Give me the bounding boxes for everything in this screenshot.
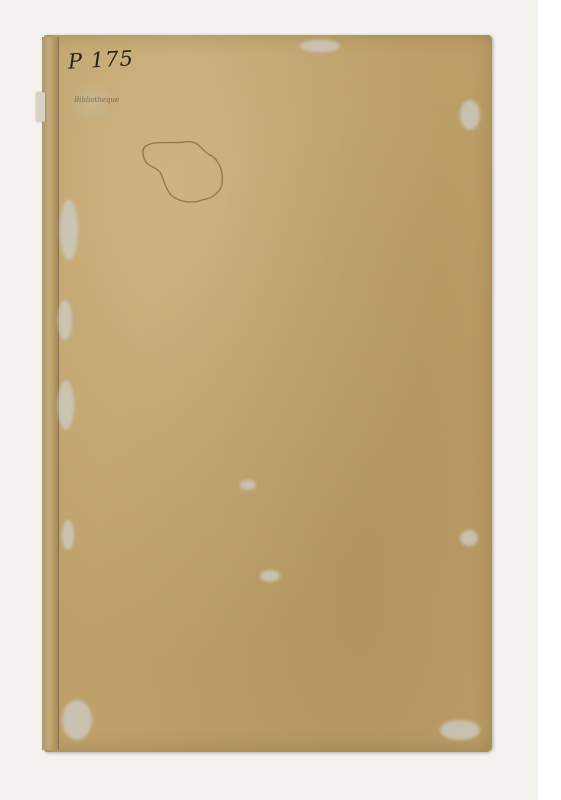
wear-patch — [58, 380, 74, 430]
wear-patch — [440, 720, 480, 740]
wear-patch — [460, 530, 478, 546]
stamp-text: Bibliotheque — [74, 96, 119, 104]
wear-patch — [62, 520, 74, 550]
book-spine — [42, 37, 59, 750]
water-stain — [140, 136, 230, 206]
right-margin-strip — [538, 0, 561, 800]
wear-patch — [58, 300, 72, 340]
spine-tab — [36, 92, 45, 122]
shelfmark-label: P 175 — [67, 46, 134, 73]
wear-patch — [62, 700, 92, 740]
wear-patch — [240, 480, 256, 490]
wear-patch — [260, 570, 280, 582]
wear-patch — [60, 200, 78, 260]
book-cover — [44, 35, 492, 752]
wear-patch — [300, 40, 340, 52]
wear-patch — [460, 100, 480, 130]
